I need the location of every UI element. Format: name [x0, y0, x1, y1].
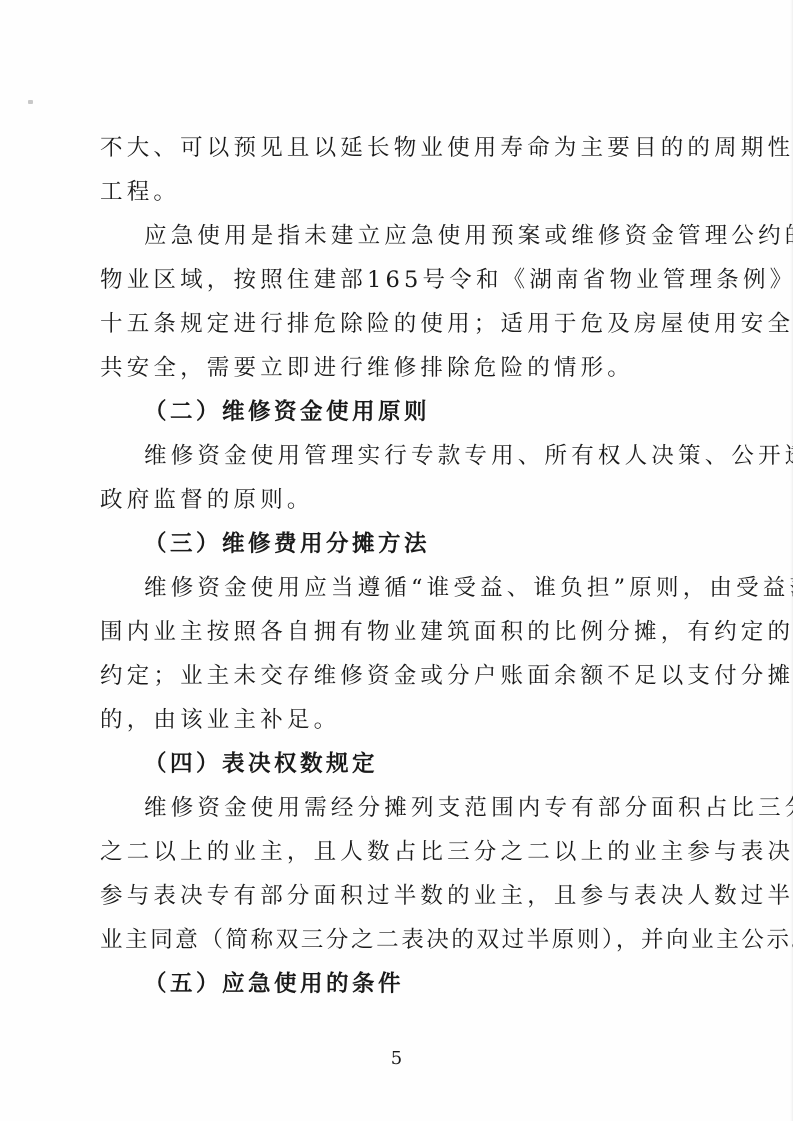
paragraph-line: 工程。 [100, 176, 180, 208]
paragraph-line: 十五条规定进行排危除险的使用；适用于危及房屋使用安全和公 [100, 308, 793, 340]
paragraph-line: 共安全，需要立即进行维修排除危险的情形。 [100, 352, 634, 384]
page-number: 5 [0, 1048, 793, 1069]
paragraph-line: 维修资金使用需经分摊列支范围内专有部分面积占比三分 [144, 792, 793, 824]
paragraph-line: 维修资金使用管理实行专款专用、所有权人决策、公开透明、 [144, 440, 793, 472]
document-page: 不大、可以预见且以延长物业使用寿命为主要目的的周期性维修 工程。 应急使用是指未… [0, 0, 793, 1121]
paragraph-line: 参与表决专有部分面积过半数的业主，且参与表决人数过半数的 [100, 880, 793, 912]
paragraph-line: 政府监督的原则。 [100, 484, 314, 516]
paragraph-line: 不大、可以预见且以延长物业使用寿命为主要目的的周期性维修 [100, 132, 793, 164]
section-heading: （四）表决权数规定 [144, 748, 378, 780]
scan-artifact [28, 100, 33, 104]
paragraph-line: 业主同意（简称双三分之二表决的双过半原则），并向业主公示。 [100, 924, 793, 956]
paragraph-line: 之二以上的业主，且人数占比三分之二以上的业主参与表决并经 [100, 836, 793, 868]
section-heading: （五）应急使用的条件 [144, 968, 404, 1000]
paragraph-line: 围内业主按照各自拥有物业建筑面积的比例分摊，有约定的从其 [100, 616, 793, 648]
paragraph-line: 的，由该业主补足。 [100, 704, 340, 736]
paragraph-line: 维修资金使用应当遵循“谁受益、谁负担”原则，由受益范 [144, 572, 793, 604]
paragraph-line: 物业区域，按照住建部165号令和《湖南省物业管理条例》第五 [100, 264, 793, 296]
section-heading: （二）维修资金使用原则 [144, 396, 430, 428]
paragraph-line: 约定；业主未交存维修资金或分户账面余额不足以支付分摊费用 [100, 660, 793, 692]
section-heading: （三）维修费用分摊方法 [144, 528, 430, 560]
paragraph-line: 应急使用是指未建立应急使用预案或维修资金管理公约的 [144, 220, 793, 252]
